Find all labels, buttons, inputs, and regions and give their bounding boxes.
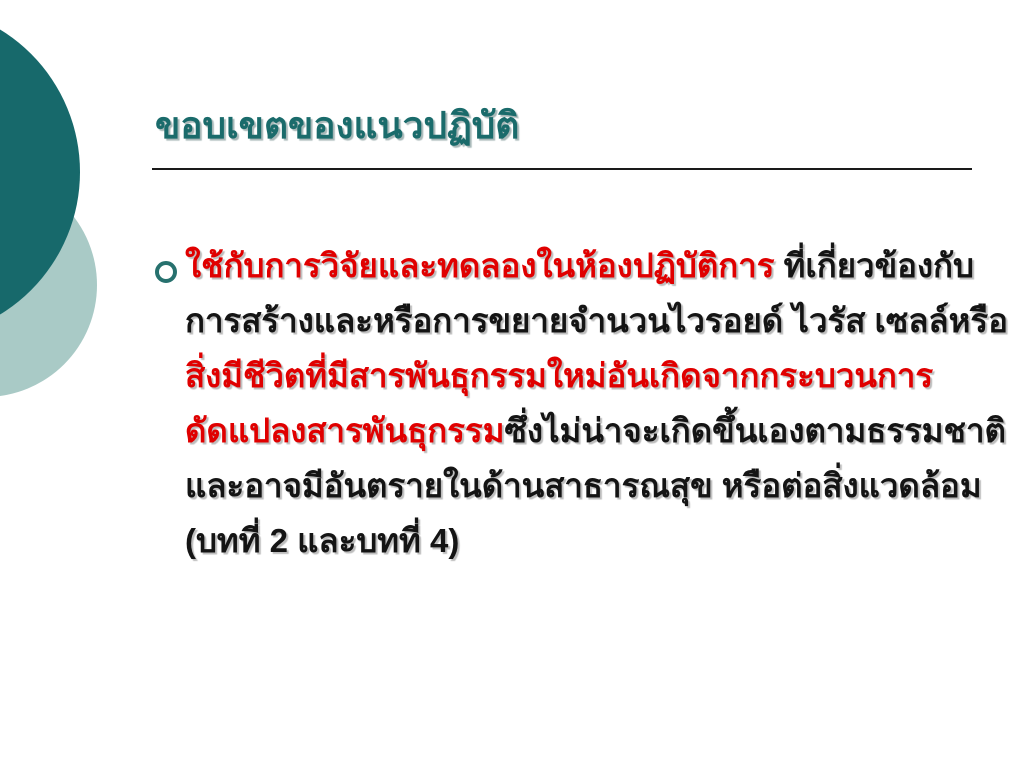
presentation-slide: ขอบเขตของแนวปฏิบัติ ใช้กับการวิจัยและทดล… — [0, 0, 1024, 768]
bullet-text: ใช้กับการวิจัยและทดลองในห้องปฏิบัติการ ท… — [185, 238, 1008, 568]
title-underline — [152, 168, 972, 170]
text-segment-black: ที่เกี่ยวข้องกับ — [775, 247, 974, 284]
text-line: (บทที่ 2 และบทที่ 4) — [185, 513, 1008, 568]
text-line: ใช้กับการวิจัยและทดลองในห้องปฏิบัติการ ท… — [185, 238, 1008, 293]
text-segment-red: ดัดแปลงสารพันธุกรรม — [185, 412, 504, 449]
text-line: การสร้างและหรือการขยายจำนวนไวรอยด์ ไวรัส… — [185, 293, 1008, 348]
slide-title: ขอบเขตของแนวปฏิบัติ — [155, 96, 519, 155]
circle-bullet-icon — [155, 261, 177, 283]
text-segment-red: ใช้กับการวิจัยและทดลองในห้องปฏิบัติการ — [185, 247, 775, 284]
text-segment-red: สิ่งมีชีวิตที่มีสารพันธุกรรมใหม่อันเกิดจ… — [185, 357, 933, 394]
text-line: ดัดแปลงสารพันธุกรรมซึ่งไม่น่าจะเกิดขึ้นเ… — [185, 403, 1008, 458]
text-segment-black: และอาจมีอันตรายในด้านสาธารณสุข หรือต่อสิ… — [185, 467, 982, 504]
text-line: และอาจมีอันตรายในด้านสาธารณสุข หรือต่อสิ… — [185, 458, 1008, 513]
text-segment-black: (บทที่ 2 และบทที่ 4) — [185, 522, 459, 559]
text-segment-black: การสร้างและหรือการขยายจำนวนไวรอยด์ ไวรัส… — [185, 302, 1008, 339]
text-line: สิ่งมีชีวิตที่มีสารพันธุกรรมใหม่อันเกิดจ… — [185, 348, 1008, 403]
text-segment-black: ซึ่งไม่น่าจะเกิดขึ้นเองตามธรรมชาติ — [504, 412, 1005, 449]
